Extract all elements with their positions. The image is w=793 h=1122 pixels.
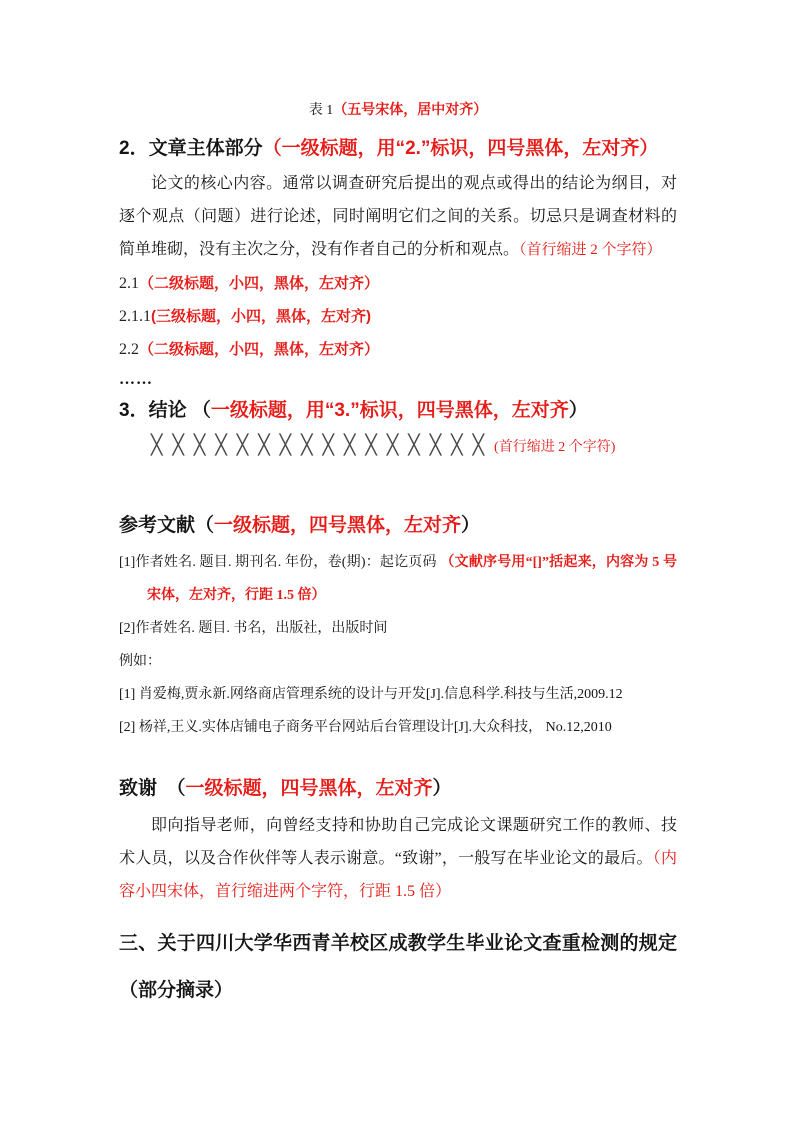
body-paragraph-format-note: （首行缩进 2 个字符） bbox=[519, 242, 662, 258]
heading-body-format-note: （一级标题，用“2.”标识，四号黑体，左对齐） bbox=[263, 138, 659, 159]
heading-acknowledgement-format-note: 一级标题，四号黑体，左对齐 bbox=[186, 778, 433, 799]
conclusion-placeholder-line: ╳╳╳╳╳╳╳╳╳╳╳╳╳╳╳╳(首行缩进 2 个字符) bbox=[119, 428, 677, 465]
heading-conclusion: 3．结论 （一级标题，用“3.”标识，四号黑体，左对齐） bbox=[119, 396, 677, 426]
reference-example-1: [1] 肖爱梅,贾永新.网络商店管理系统的设计与开发[J].信息科学.科技与生活… bbox=[119, 678, 677, 711]
heading-acknowledgement: 致谢 （一级标题，四号黑体，左对齐） bbox=[119, 774, 677, 804]
reference-example-2: [2] 杨祥,王义.实体店铺电子商务平台网站后台管理设计[J].大众科技， No… bbox=[119, 711, 677, 744]
heading-body-section: 2．文章主体部分（一级标题，用“2.”标识，四号黑体，左对齐） bbox=[119, 134, 677, 164]
heading-conclusion-format-note: 一级标题，用“3.”标识，四号黑体，左对齐 bbox=[211, 400, 569, 421]
heading-conclusion-close-paren: ） bbox=[569, 400, 588, 421]
subheading-2-1-1-format-note: (三级标题，小四，黑体，左对齐) bbox=[151, 308, 371, 325]
cross-marks: ╳╳╳╳╳╳╳╳╳╳╳╳╳╳╳╳ bbox=[151, 434, 494, 456]
heading-references-format-note: 一级标题，四号黑体，左对齐 bbox=[214, 515, 461, 536]
subheading-2-1-format-note: （二级标题，小四，黑体，左对齐） bbox=[139, 275, 379, 292]
subheading-2-1-number: 2.1 bbox=[119, 275, 139, 292]
heading-acknowledgement-close-paren: ） bbox=[433, 778, 452, 799]
ellipsis-placeholder: …… bbox=[119, 366, 677, 394]
acknowledgement-paragraph: 即向指导老师，向曾经支持和协助自己完成论文课题研究工作的教师、技术人员，以及合作… bbox=[119, 809, 677, 908]
subheading-2-1: 2.1（二级标题，小四，黑体，左对齐） bbox=[119, 267, 677, 300]
subheading-2-2: 2.2（二级标题，小四，黑体，左对齐） bbox=[119, 333, 677, 366]
reference-template-journal: [1]作者姓名. 题目. 期刊名. 年份，卷(期)：起讫页码 （文献序号用“[]… bbox=[119, 546, 677, 612]
heading-references-close-paren: ） bbox=[461, 515, 480, 536]
subheading-2-2-format-note: （二级标题，小四，黑体，左对齐） bbox=[139, 341, 379, 358]
heading-conclusion-title: 3．结论 （ bbox=[119, 400, 211, 421]
conclusion-indent-note: (首行缩进 2 个字符) bbox=[494, 440, 615, 455]
subheading-2-1-1: 2.1.1(三级标题，小四，黑体，左对齐) bbox=[119, 300, 677, 333]
reference-template-book-text: [2]作者姓名. 题目. 书名，出版社，出版时间 bbox=[119, 621, 387, 636]
table-caption-label: 表 1 bbox=[309, 103, 334, 118]
heading-plagiarism-rules: 三、关于四川大学华西青羊校区成教学生毕业论文查重检测的规定（部分摘录） bbox=[119, 920, 677, 1014]
reference-template-book: [2]作者姓名. 题目. 书名，出版社，出版时间 bbox=[119, 612, 677, 645]
reference-template-journal-text: [1]作者姓名. 题目. 期刊名. 年份，卷(期)：起讫页码 bbox=[119, 555, 440, 570]
table-caption-format-note: （五号宋体，居中对齐） bbox=[333, 101, 487, 117]
body-paragraph: 论文的核心内容。通常以调查研究后提出的观点或得出的结论为纲目，对逐个观点（问题）… bbox=[119, 167, 677, 267]
document-content: 表 1（五号宋体，居中对齐） 2．文章主体部分（一级标题，用“2.”标识，四号黑… bbox=[119, 0, 677, 1014]
heading-body-title: 2．文章主体部分 bbox=[119, 138, 263, 159]
subheading-2-2-number: 2.2 bbox=[119, 341, 139, 358]
heading-references: 参考文献（一级标题，四号黑体，左对齐） bbox=[119, 511, 677, 541]
acknowledgement-paragraph-text: 即向指导老师，向曾经支持和协助自己完成论文课题研究工作的教师、技术人员，以及合作… bbox=[119, 817, 677, 867]
table-caption: 表 1（五号宋体，居中对齐） bbox=[119, 99, 677, 121]
subheading-2-1-1-number: 2.1.1 bbox=[119, 308, 151, 325]
heading-acknowledgement-title: 致谢 （ bbox=[119, 778, 186, 799]
document-page: 表 1（五号宋体，居中对齐） 2．文章主体部分（一级标题，用“2.”标识，四号黑… bbox=[0, 0, 793, 1122]
example-label: 例如： bbox=[119, 645, 677, 678]
heading-references-title: 参考文献（ bbox=[119, 515, 214, 536]
